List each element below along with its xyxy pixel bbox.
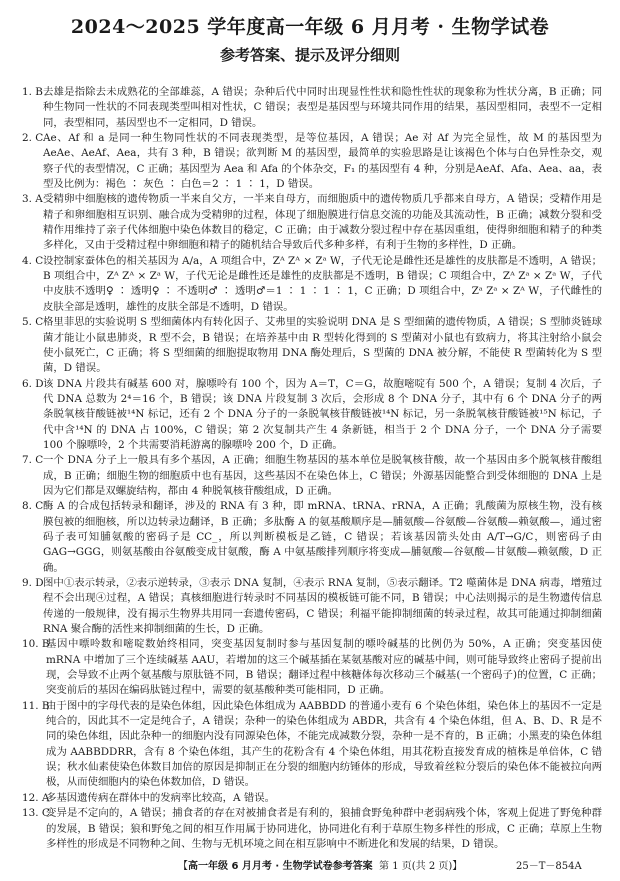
answer-item: 4. C设控制家蚕体色的相关基因为 A/a，A 项组合中，Zᴬ Zᴬ × Zᵃ … — [22, 254, 602, 315]
item-explanation: 该 DNA 片段共有碱基 600 对，腺嘌呤有 100 个，因为 A＝T，C＝G… — [43, 377, 602, 454]
answer-item: 6. D该 DNA 片段共有碱基 600 对，腺嘌呤有 100 个，因为 A＝T… — [22, 377, 602, 454]
item-number: 6. D — [22, 377, 43, 454]
answer-item: 7. C一个 DNA 分子上一般具有多个基因，A 正确；细胞生物基因的基本单位是… — [22, 453, 602, 499]
answer-item: 10. B基因中嘌呤数和嘧啶数始终相同，突变基因复制时参与基因复制的嘌呤碱基的比… — [22, 637, 602, 698]
item-number: 2. C — [22, 131, 43, 192]
item-explanation: 酶 A 的合成包括转录和翻译，涉及的 RNA 有 3 种，即 mRNA、tRNA… — [43, 499, 602, 576]
answer-item: 2. CAe、Af 和 a 是同一种生物同性状的不同表现类型，是等位基因，A 错… — [22, 131, 602, 192]
answer-key-page: 2024～2025 学年度高一年级 6 月月考 · 生物学试卷 参考答案、提示及… — [0, 0, 620, 881]
footer-caption: 【高一年级 6 月月考 · 生物学试卷参考答案 第 1 页(共 2 页)】 — [178, 857, 462, 872]
answer-item: 12. A多基因遗传病在群体中的发病率比较高，A 错误。 — [22, 791, 602, 806]
item-number: 4. C — [22, 254, 43, 315]
answer-item: 8. C酶 A 的合成包括转录和翻译，涉及的 RNA 有 3 种，即 mRNA、… — [22, 499, 602, 576]
item-explanation: Ae、Af 和 a 是同一种生物同性状的不同表现类型，是等位基因，A 错误；Ae… — [43, 131, 602, 192]
item-explanation: 去雄是指除去未成熟花的全部雄蕊，A 错误；杂种后代中同时出现显性性状和隐性性状的… — [43, 85, 602, 131]
item-explanation: 设控制家蚕体色的相关基因为 A/a，A 项组合中，Zᴬ Zᴬ × Zᵃ W，子代… — [43, 254, 602, 315]
footer-bracket-right: 】 — [452, 861, 462, 872]
item-explanation: 变异是不定向的，A 错误；捕食者的存在对被捕食者是有利的，狼捕食野兔种群中老弱病… — [46, 806, 602, 852]
item-number: 1. B — [22, 85, 43, 131]
item-number: 10. B — [22, 637, 46, 698]
answer-item: 1. B去雄是指除去未成熟花的全部雄蕊，A 错误；杂种后代中同时出现显性性状和隐… — [22, 85, 602, 131]
item-number: 5. C — [22, 315, 43, 376]
answer-item: 11. B由于图中的字母代表的是染色体组，因此染色体组成为 AABBDD 的普通… — [22, 699, 602, 791]
item-explanation: 一个 DNA 分子上一般具有多个基因，A 正确；细胞生物基因的基本单位是脱氧核苷… — [43, 453, 602, 499]
answer-list: 1. B去雄是指除去未成熟花的全部雄蕊，A 错误；杂种后代中同时出现显性性状和隐… — [22, 85, 602, 852]
answer-item: 13. C变异是不定向的，A 错误；捕食者的存在对被捕食者是有利的，狼捕食野兔种… — [22, 806, 602, 852]
item-explanation: 由于图中的字母代表的是染色体组，因此染色体组成为 AABBDD 的普通小麦有 6… — [46, 699, 602, 791]
item-explanation: 基因中嘌呤数和嘧啶数始终相同，突变基因复制时参与基因复制的嘌呤碱基的比例仍为 5… — [46, 637, 602, 698]
footer-exam-title: 高一年级 6 月月考 · 生物学试卷参考答案 — [188, 861, 373, 872]
item-number: 7. C — [22, 453, 43, 499]
footer-doc-code: 25－T－854A — [516, 857, 582, 872]
answer-item: 5. C格里菲思的实验说明 S 型细菌体内有转化因子、艾弗里的实验说明 DNA … — [22, 315, 602, 376]
page-subtitle: 参考答案、提示及评分细则 — [0, 44, 620, 65]
footer-bracket-left: 【 — [178, 861, 188, 872]
item-number: 12. A — [22, 791, 46, 806]
item-explanation: 多基因遗传病在群体中的发病率比较高，A 错误。 — [46, 791, 602, 806]
item-explanation: 受精卵中细胞核的遗传物质一半来自父方，一半来自母方，而细胞质中的遗传物质几乎都来… — [43, 192, 602, 253]
item-number: 3. A — [22, 192, 43, 253]
item-number: 9. D — [22, 576, 43, 637]
item-explanation: 图中①表示转录，②表示逆转录，③表示 DNA 复制，④表示 RNA 复制，⑤表示… — [43, 576, 602, 637]
item-number: 11. B — [22, 699, 46, 791]
answer-item: 3. A受精卵中细胞核的遗传物质一半来自父方，一半来自母方，而细胞质中的遗传物质… — [22, 192, 602, 253]
item-number: 8. C — [22, 499, 43, 576]
item-number: 13. C — [22, 806, 46, 852]
item-explanation: 格里菲思的实验说明 S 型细菌体内有转化因子、艾弗里的实验说明 DNA 是 S … — [43, 315, 602, 376]
answer-item: 9. D图中①表示转录，②表示逆转录，③表示 DNA 复制，④表示 RNA 复制… — [22, 576, 602, 637]
footer-page-number: 第 1 页(共 2 页) — [379, 861, 452, 872]
page-title: 2024～2025 学年度高一年级 6 月月考 · 生物学试卷 — [0, 12, 620, 39]
